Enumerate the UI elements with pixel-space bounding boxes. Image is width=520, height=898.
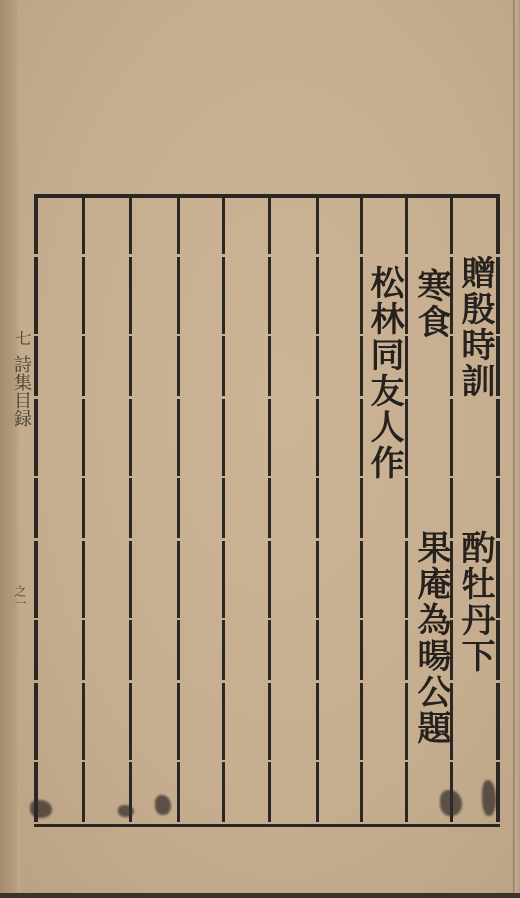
entry-1-subtitle: 酌牡丹下	[458, 530, 492, 674]
ink-smudge	[118, 805, 134, 817]
entry-2-subtitle: 果庵為暘公題	[414, 530, 448, 746]
bottom-edge	[0, 893, 520, 898]
column-rule	[177, 194, 180, 824]
column-rule	[82, 194, 85, 824]
margin-volume-mark: 之一	[14, 585, 26, 609]
ink-smudge	[155, 795, 171, 815]
column-rule	[129, 194, 132, 824]
ink-smudge	[440, 790, 462, 816]
entry-3-title: 松林同友人作	[367, 265, 401, 481]
book-page: 七 詩集目録 之一 贈殷時訓 酌牡丹下 寒食 果庵為暘公題 松林同友人作	[0, 0, 514, 893]
binding-spine	[0, 0, 20, 893]
column-rule	[268, 194, 271, 824]
column-rule	[316, 194, 319, 824]
ink-smudge	[30, 800, 52, 818]
entry-2-title: 寒食	[414, 268, 448, 340]
column-rule	[34, 194, 38, 824]
margin-title: 詩集目録	[12, 355, 30, 427]
entry-1-title: 贈殷時訓	[458, 255, 492, 399]
column-rule	[360, 194, 363, 824]
column-rule	[405, 194, 408, 824]
page-edge	[513, 0, 520, 898]
margin-top-mark: 七	[14, 330, 30, 346]
column-rule	[496, 194, 500, 824]
ink-smudge	[482, 780, 496, 816]
column-rule	[222, 194, 225, 824]
